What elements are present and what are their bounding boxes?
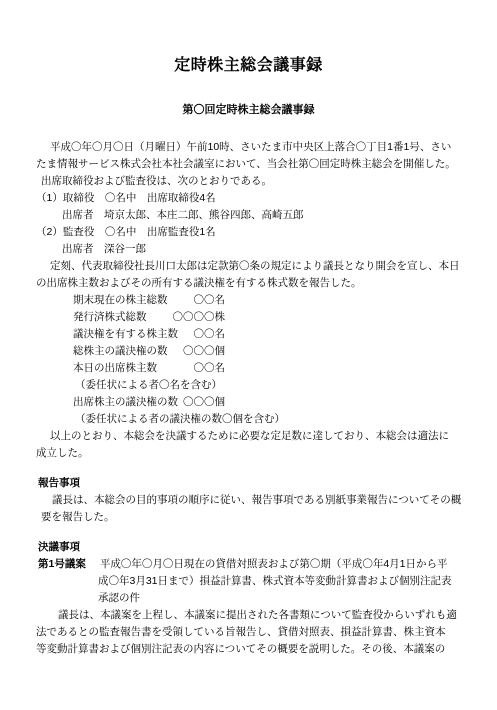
- report-line-2: 要を報告した。: [36, 509, 463, 526]
- directors-attendees-line: 出席者 埼京太郎、本庄二郎、熊谷四郎、高崎五郎: [36, 207, 463, 224]
- stat-row-present-voting-rights: 出席株主の議決権の数 〇〇〇個: [73, 394, 225, 411]
- stat-row-total-voting-rights: 総株主の議決権の数 〇〇〇個: [73, 343, 225, 360]
- document-body: 平成〇年〇月〇日（月曜日）午前10時、さいたま市中央区上落合〇丁目1番1号、さい…: [36, 139, 463, 658]
- chairman-opening-line-2: の出席株主数およびその所有する議決権を有する株式数を報告した。: [36, 275, 463, 292]
- auditors-attendees-line: 出席者 深谷一郎: [36, 241, 463, 258]
- stat-row-total-shareholders: 期末現在の株主総数 〇〇名: [73, 292, 225, 309]
- proposal-1-title-line-1: 平成〇年〇月〇日現在の貸借対照表および第〇期（平成〇年4月1日から平: [100, 556, 448, 573]
- stat-row-issued-shares: 発行済株式総数 〇〇〇〇株: [73, 309, 225, 326]
- quorum-line-2: 成立した。: [36, 445, 463, 462]
- proxy-note-2: （委任状による者の議決権の数〇個を含む）: [36, 411, 463, 428]
- directors-count-line: （1）取締役 〇名中 出席取締役4名: [36, 190, 463, 207]
- stat-value: 〇〇〇個: [183, 394, 225, 411]
- stat-label: 本日の出席株主数: [73, 360, 157, 377]
- stat-value: 〇〇名: [194, 326, 226, 343]
- chairman-opening-line-1: 定刻、代表取締役社長川口太郎は定款第〇条の規定により議長となり開会を宣し、本日: [36, 258, 463, 275]
- stat-label: 発行済株式総数: [73, 309, 147, 326]
- report-section-heading: 報告事項: [36, 475, 463, 492]
- proposal-1-body-line-3: 等変動計算書および個別注記表の内容についてその概要を説明した。その後、本議案の: [36, 641, 463, 658]
- opening-line-2: たま情報サービス株式会社本社会議室において、当会社第〇回定時株主総会を開催した。: [36, 156, 463, 173]
- proposal-1-number: 第1号議案: [38, 556, 86, 573]
- attendance-intro-line: 出席取締役および監査役は、次のとおりである。: [36, 173, 463, 190]
- stat-value: 〇〇名: [194, 292, 226, 309]
- stat-value: 〇〇〇〇株: [173, 309, 226, 326]
- quorum-line-1: 以上のとおり、本総会を決議するために必要な定足数に達しており、本総会は適法に: [36, 428, 463, 445]
- auditors-count-line: （2）監査役 〇名中 出席監査役1名: [36, 224, 463, 241]
- report-line-1: 議長は、本総会の目的事項の順序に従い、報告事項である別紙事業報告についてその概: [36, 492, 463, 509]
- resolution-section-heading: 決議事項: [36, 539, 463, 556]
- proposal-1-body-line-2: 法であるとの監査報告書を受領している旨報告し、貸借対照表、損益計算書、株主資本: [36, 624, 463, 641]
- stat-value: 〇〇名: [194, 360, 226, 377]
- opening-line-1: 平成〇年〇月〇日（月曜日）午前10時、さいたま市中央区上落合〇丁目1番1号、さい: [36, 139, 463, 156]
- proposal-1-first-line: 第1号議案 平成〇年〇月〇日現在の貸借対照表および第〇期（平成〇年4月1日から平: [36, 556, 463, 573]
- proposal-1-title-line-2: 成〇年3月31日まで）損益計算書、株式資本等変動計算書および個別注記表: [36, 573, 463, 590]
- proposal-1-body-line-1: 議長は、本議案を上程し、本議案に提出された各書類について監査役からいずれも適: [36, 607, 463, 624]
- proxy-note-1: （委任状による者〇名を含む）: [36, 377, 463, 394]
- document-page: 定時株主総会議事録 第〇回定時株主総会議事録 平成〇年〇月〇日（月曜日）午前10…: [0, 0, 497, 710]
- stat-label: 総株主の議決権の数: [73, 343, 168, 360]
- document-subtitle: 第〇回定時株主総会議事録: [0, 103, 497, 117]
- stat-label: 出席株主の議決権の数: [73, 394, 178, 411]
- stat-row-voting-shareholders: 議決権を有する株主数 〇〇名: [73, 326, 225, 343]
- stat-value: 〇〇〇個: [183, 343, 225, 360]
- stat-row-present-shareholders: 本日の出席株主数 〇〇名: [73, 360, 225, 377]
- proposal-1-title-line-3: 承認の件: [36, 590, 463, 607]
- document-title: 定時株主総会議事録: [0, 56, 497, 76]
- stat-label: 期末現在の株主総数: [73, 292, 168, 309]
- stat-label: 議決権を有する株主数: [73, 326, 178, 343]
